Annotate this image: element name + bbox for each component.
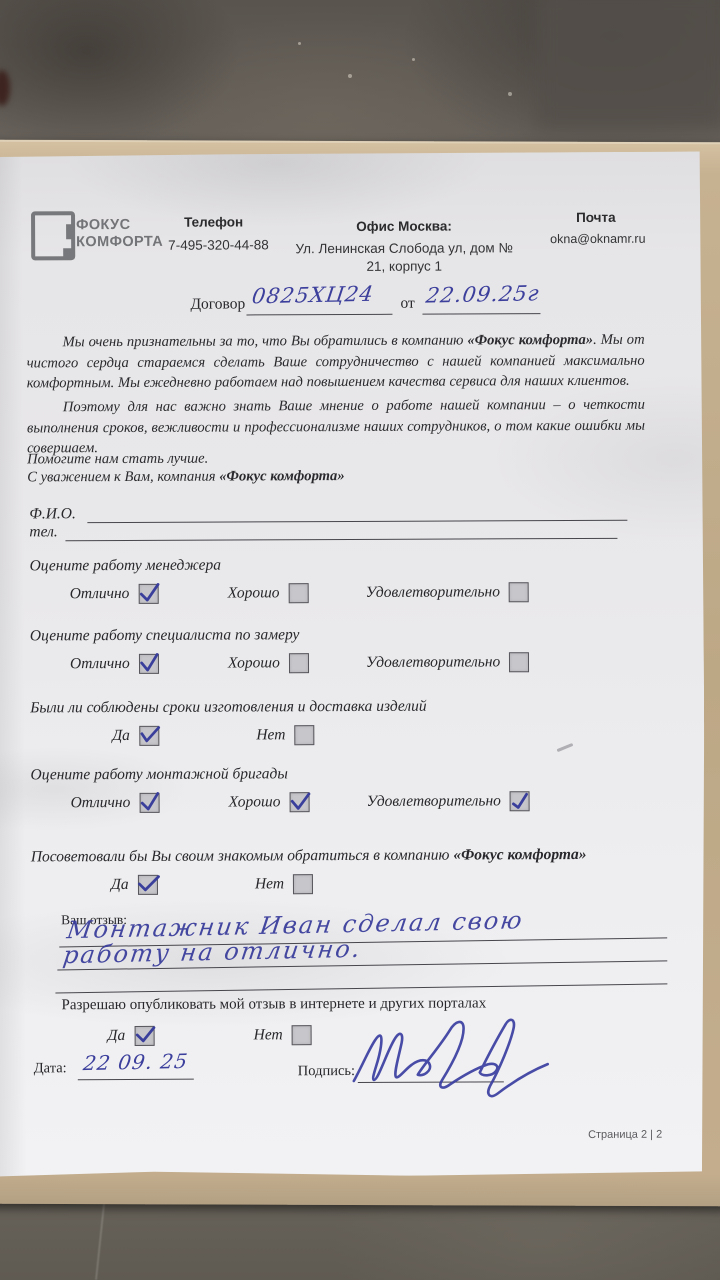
q5-checkbox-da-checked [138, 875, 158, 895]
logo-wordmark: ФОКУС КОМФОРТА [76, 217, 163, 251]
q3-options-row: Да Нет [0, 723, 704, 750]
logo-line1: ФОКУС [76, 217, 163, 234]
option-label: Нет [254, 1026, 283, 1044]
mail-email: okna@oknamr.ru [550, 232, 645, 246]
q1-option-khorosho: Хорошо [228, 583, 309, 603]
stain-spot [0, 70, 10, 106]
q2-checkbox-udovletvoritelno [509, 652, 529, 672]
contract-label: Договор [190, 295, 245, 313]
date-label: Дата: [34, 1060, 67, 1077]
option-label: Хорошо [228, 654, 280, 672]
q4-checkbox-udovletvoritelno-checked [510, 791, 530, 811]
q4-checkbox-khorosho-checked [289, 792, 309, 812]
speck [298, 42, 301, 45]
q4-checkbox-otlichno-checked [139, 793, 159, 813]
speck [508, 92, 512, 96]
intro-p1-text: Мы очень признательны за то, что Вы обра… [63, 332, 468, 350]
concrete-shadow [536, 0, 720, 128]
option-label: Хорошо [229, 793, 281, 811]
q4-options-row: Отлично Хорошо Удовлетворительно [1, 790, 705, 817]
question-measurer: Оцените работу специалиста по замеру [30, 626, 300, 645]
regards-bold: «Фокус комфорта» [219, 468, 344, 485]
contract-number-line [246, 314, 392, 316]
office-label: Офис Москва: [290, 218, 518, 234]
option-label: Нет [255, 875, 284, 893]
q1-checkbox-khorosho [289, 583, 309, 603]
q2-options-row: Отлично Хорошо Удовлетворительно [0, 651, 704, 678]
phone-number: 7-495-320-44-88 [168, 237, 269, 252]
option-label: Отлично [70, 585, 130, 603]
regards-text: С уважением к Вам, компания [27, 469, 219, 486]
publish-option-net: Нет [254, 1025, 312, 1045]
contract-number-handwritten: 0825ХЦ24 [250, 282, 375, 309]
fio-label: Ф.И.О. [29, 505, 76, 523]
q3-checkbox-da-checked [139, 726, 159, 746]
question-recommend-bold: «Фокус комфорта» [453, 846, 586, 864]
publish-checkbox-da-checked [134, 1026, 154, 1046]
q4-option-khorosho: Хорошо [229, 792, 310, 812]
logo-bar [66, 224, 73, 239]
option-label: Да [108, 1027, 126, 1045]
speck [412, 58, 415, 61]
office-address-line2: 21, корпус 1 [282, 258, 526, 274]
question-deadlines: Были ли соблюдены сроки изготовления и д… [30, 698, 426, 718]
q2-option-udovletvoritelno: Удовлетворительно [366, 652, 529, 673]
office-address-line1: Ул. Ленинская Слобода ул, дом № [282, 240, 526, 256]
q5-options-row: Да Нет [1, 872, 705, 899]
q3-option-net: Нет [256, 725, 314, 745]
contract-date-handwritten: 22.09.25г [424, 281, 541, 307]
q4-option-otlichno: Отлично [71, 793, 160, 813]
focus-komforta-logo-icon [31, 211, 75, 260]
contract-date-line [422, 313, 540, 315]
intro-paragraph-1: Мы очень признательны за то, что Вы обра… [27, 330, 645, 395]
option-label: Да [111, 876, 129, 894]
mail-label: Почта [576, 210, 616, 225]
q1-checkbox-udovletvoritelno [509, 582, 529, 602]
q1-options-row: Отлично Хорошо Удовлетворительно [0, 581, 704, 608]
q1-checkbox-otlichno-checked [138, 584, 158, 604]
review-line-3 [55, 983, 667, 993]
q3-checkbox-net [294, 725, 314, 745]
contract-from-label: от [400, 295, 414, 313]
q5-option-da: Да [111, 875, 158, 895]
option-label: Удовлетворительно [367, 792, 501, 811]
question-recommend-text: Посоветовали бы Вы своим знакомым обрати… [31, 847, 454, 866]
option-label: Отлично [71, 794, 131, 812]
option-label: Да [112, 727, 130, 745]
q5-option-net: Нет [255, 874, 313, 894]
photo-of-feedback-form: ФОКУС КОМФОРТА Телефон 7-495-320-44-88 О… [0, 0, 720, 1280]
publish-permission-text: Разрешаю опубликовать мой отзыв в интерн… [61, 995, 486, 1014]
option-label: Удовлетворительно [366, 653, 500, 672]
tel-label: тел. [29, 523, 57, 541]
phone-label: Телефон [184, 214, 243, 229]
option-label: Нет [256, 726, 285, 744]
option-label: Отлично [70, 655, 130, 673]
intro-p1-bold: «Фокус комфорта» [467, 332, 593, 349]
logo-line2: КОМФОРТА [76, 234, 163, 251]
publish-checkbox-net [292, 1025, 312, 1045]
q4-option-udovletvoritelno: Удовлетворительно [367, 791, 530, 812]
paper-form: ФОКУС КОМФОРТА Телефон 7-495-320-44-88 О… [0, 151, 706, 1178]
signature-label: Подпись: [298, 1063, 355, 1080]
question-recommend: Посоветовали бы Вы своим знакомым обрати… [31, 846, 587, 866]
review-handwritten-line2: работу на отлично. [61, 935, 363, 970]
date-line [78, 1079, 194, 1081]
q2-checkbox-khorosho [289, 653, 309, 673]
question-installers: Оцените работу монтажной бригады [30, 765, 287, 784]
date-handwritten: 22 09. 25 [82, 1049, 190, 1075]
q2-option-khorosho: Хорошо [228, 653, 309, 673]
option-label: Хорошо [228, 584, 280, 602]
tel-input-line [65, 538, 617, 541]
q3-option-da: Да [112, 726, 159, 746]
question-manager: Оцените работу менеджера [30, 557, 221, 576]
page-number: Страница 2 | 2 [588, 1129, 662, 1141]
q1-option-otlichno: Отлично [70, 584, 159, 604]
speck [348, 74, 352, 78]
q2-option-otlichno: Отлично [70, 654, 159, 674]
signature [348, 1016, 558, 1112]
q2-checkbox-otlichno-checked [139, 654, 159, 674]
regards-line: С уважением к Вам, компания «Фокус комфо… [27, 465, 645, 488]
fio-input-line [87, 520, 627, 523]
logo-dot [63, 248, 74, 259]
q1-option-udovletvoritelno: Удовлетворительно [366, 582, 529, 603]
publish-option-da: Да [108, 1026, 155, 1046]
option-label: Удовлетворительно [366, 583, 500, 602]
q5-checkbox-net [293, 874, 313, 894]
